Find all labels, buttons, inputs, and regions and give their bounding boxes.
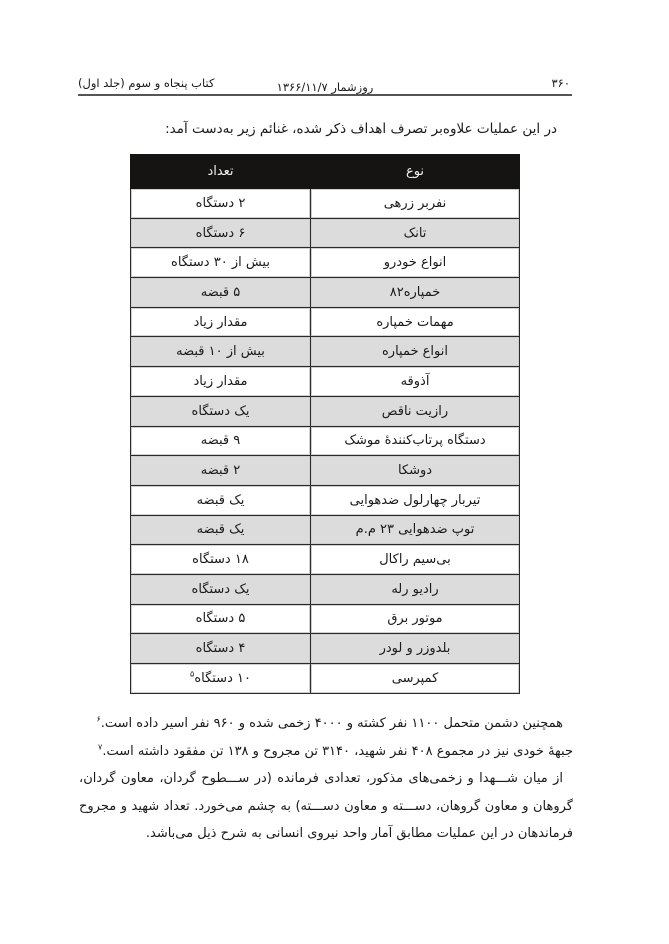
table-row: کمپرسی۱۰ دستگاه۵ (131, 664, 520, 694)
paragraph-text: جبههٔ خودی نیز در مجموع ۴۰۸ نفر شهید، ۳۱… (102, 744, 573, 759)
table-row: رادیو رلهیک دستگاه (131, 574, 520, 604)
table-row: آذوقهمقدار زیاد (131, 367, 520, 397)
header-count: تعداد (131, 155, 311, 189)
cell-count: ۱۸ دستگاه (131, 545, 311, 575)
paragraph: همچنین دشمن متحمل ۱۱۰۰ نفر کشته و ۴۰۰۰ ز… (79, 710, 573, 738)
table-row: تیربار چهارلول ضدهوایییک قبضه (131, 485, 520, 515)
cell-count-text: ۱۰ دستگاه (194, 671, 251, 686)
cell-type: دوشکا (311, 456, 520, 486)
cell-type: بی‌سیم راکال (311, 545, 520, 575)
table-row: خمپاره۸۲۵ قبضه (131, 278, 520, 308)
cell-type: بلدوزر و لودر (311, 634, 520, 664)
table-row: بلدوزر و لودر۴ دستگاه (131, 634, 520, 664)
cell-count-text: ۴ دستگاه (196, 641, 246, 656)
header-type: نوع (311, 155, 520, 189)
page-number: ۳۶۰ (549, 76, 570, 90)
cell-type: رادیو رله (311, 574, 520, 604)
paragraph-text: همچنین دشمن متحمل ۱۱۰۰ نفر کشته و ۴۰۰۰ ز… (101, 716, 563, 731)
paragraph: جبههٔ خودی نیز در مجموع ۴۰۸ نفر شهید، ۳۱… (79, 738, 573, 766)
cell-count: ۵ قبضه (131, 278, 311, 308)
cell-type: رازیت ناقص (311, 396, 520, 426)
cell-count-text: یک دستگاه (192, 582, 250, 597)
cell-count-text: یک قبضه (197, 522, 245, 537)
cell-count-text: ۵ قبضه (201, 285, 241, 300)
header-rule (78, 94, 572, 96)
table-row: نفربر زرهی۲ دستگاه (131, 189, 520, 219)
cell-count-text: ۹ قبضه (201, 433, 241, 448)
cell-count: مقدار زیاد (131, 307, 311, 337)
cell-count-text: یک قبضه (197, 493, 245, 508)
cell-count: مقدار زیاد (131, 367, 311, 397)
running-header: ۳۶۰ روزشمار ۱۳۶۶/۱۱/۷ کتاب پنجاه و سوم (… (78, 74, 572, 98)
cell-count-text: بیش از ۳۰ دستگاه (171, 255, 270, 270)
cell-count: ۹ قبضه (131, 426, 311, 456)
table-row: توپ ضدهوایی ۲۳ م.میک قبضه (131, 515, 520, 545)
cell-type: انواع خودرو (311, 248, 520, 278)
cell-count-text: مقدار زیاد (193, 315, 247, 330)
body-text: همچنین دشمن متحمل ۱۱۰۰ نفر کشته و ۴۰۰۰ ز… (79, 710, 573, 848)
cell-count: یک قبضه (131, 515, 311, 545)
cell-count: ۲ دستگاه (131, 189, 311, 219)
cell-count-text: ۱۸ دستگاه (192, 552, 249, 567)
table-row: دوشکا۲ قبضه (131, 456, 520, 486)
paragraph-text: از میان شـــهدا و زخمی‌های مذکور، تعدادی… (79, 771, 573, 841)
cell-count: بیش از ۱۰ قبضه (131, 337, 311, 367)
paragraph: از میان شـــهدا و زخمی‌های مذکور، تعدادی… (79, 765, 573, 848)
cell-count: ۶ دستگاه (131, 218, 311, 248)
cell-count-text: ۶ دستگاه (196, 226, 246, 241)
table-row: موتور برق۵ دستگاه (131, 604, 520, 634)
cell-type: تانک (311, 218, 520, 248)
cell-type: مهمات خمپاره (311, 307, 520, 337)
document-page: ۳۶۰ روزشمار ۱۳۶۶/۱۱/۷ کتاب پنجاه و سوم (… (0, 0, 669, 944)
cell-type: دستگاه پرتاب‌کنندهٔ موشک (311, 426, 520, 456)
table-row: تانک۶ دستگاه (131, 218, 520, 248)
cell-count: یک قبضه (131, 485, 311, 515)
table-row: بی‌سیم راکال۱۸ دستگاه (131, 545, 520, 575)
table-row: انواع خمپارهبیش از ۱۰ قبضه (131, 337, 520, 367)
table-row: مهمات خمپارهمقدار زیاد (131, 307, 520, 337)
cell-type: توپ ضدهوایی ۲۳ م.م (311, 515, 520, 545)
cell-count: ۴ دستگاه (131, 634, 311, 664)
cell-type: آذوقه (311, 367, 520, 397)
cell-type: نفربر زرهی (311, 189, 520, 219)
cell-count-text: یک دستگاه (192, 404, 250, 419)
table-row: انواع خودروبیش از ۳۰ دستگاه (131, 248, 520, 278)
cell-count: یک دستگاه (131, 396, 311, 426)
cell-type: موتور برق (311, 604, 520, 634)
cell-count-text: ۲ قبضه (201, 463, 241, 478)
intro-sentence: در این عملیات علاوه‌بر تصرف اهداف ذکر شد… (165, 121, 557, 137)
cell-count-text: ۲ دستگاه (196, 196, 246, 211)
cell-type: انواع خمپاره (311, 337, 520, 367)
cell-count: ۲ قبضه (131, 456, 311, 486)
cell-count-text: بیش از ۱۰ قبضه (176, 344, 265, 359)
cell-count: یک دستگاه (131, 574, 311, 604)
table-row: رازیت ناقصیک دستگاه (131, 396, 520, 426)
spoils-table: نوع تعداد نفربر زرهی۲ دستگاهتانک۶ دستگاه… (130, 154, 520, 694)
table-header-row: نوع تعداد (131, 155, 520, 189)
cell-count-text: مقدار زیاد (193, 374, 247, 389)
cell-type: تیربار چهارلول ضدهوایی (311, 485, 520, 515)
table-row: دستگاه پرتاب‌کنندهٔ موشک۹ قبضه (131, 426, 520, 456)
cell-count-text: ۵ دستگاه (196, 611, 246, 626)
cell-count: ۵ دستگاه (131, 604, 311, 634)
cell-type: کمپرسی (311, 664, 520, 694)
book-title: کتاب پنجاه و سوم (جلد اول) (78, 76, 216, 90)
cell-type: خمپاره۸۲ (311, 278, 520, 308)
cell-count: بیش از ۳۰ دستگاه (131, 248, 311, 278)
diary-date-label: روزشمار ۱۳۶۶/۱۱/۷ (269, 80, 382, 94)
cell-count: ۱۰ دستگاه۵ (131, 664, 311, 694)
